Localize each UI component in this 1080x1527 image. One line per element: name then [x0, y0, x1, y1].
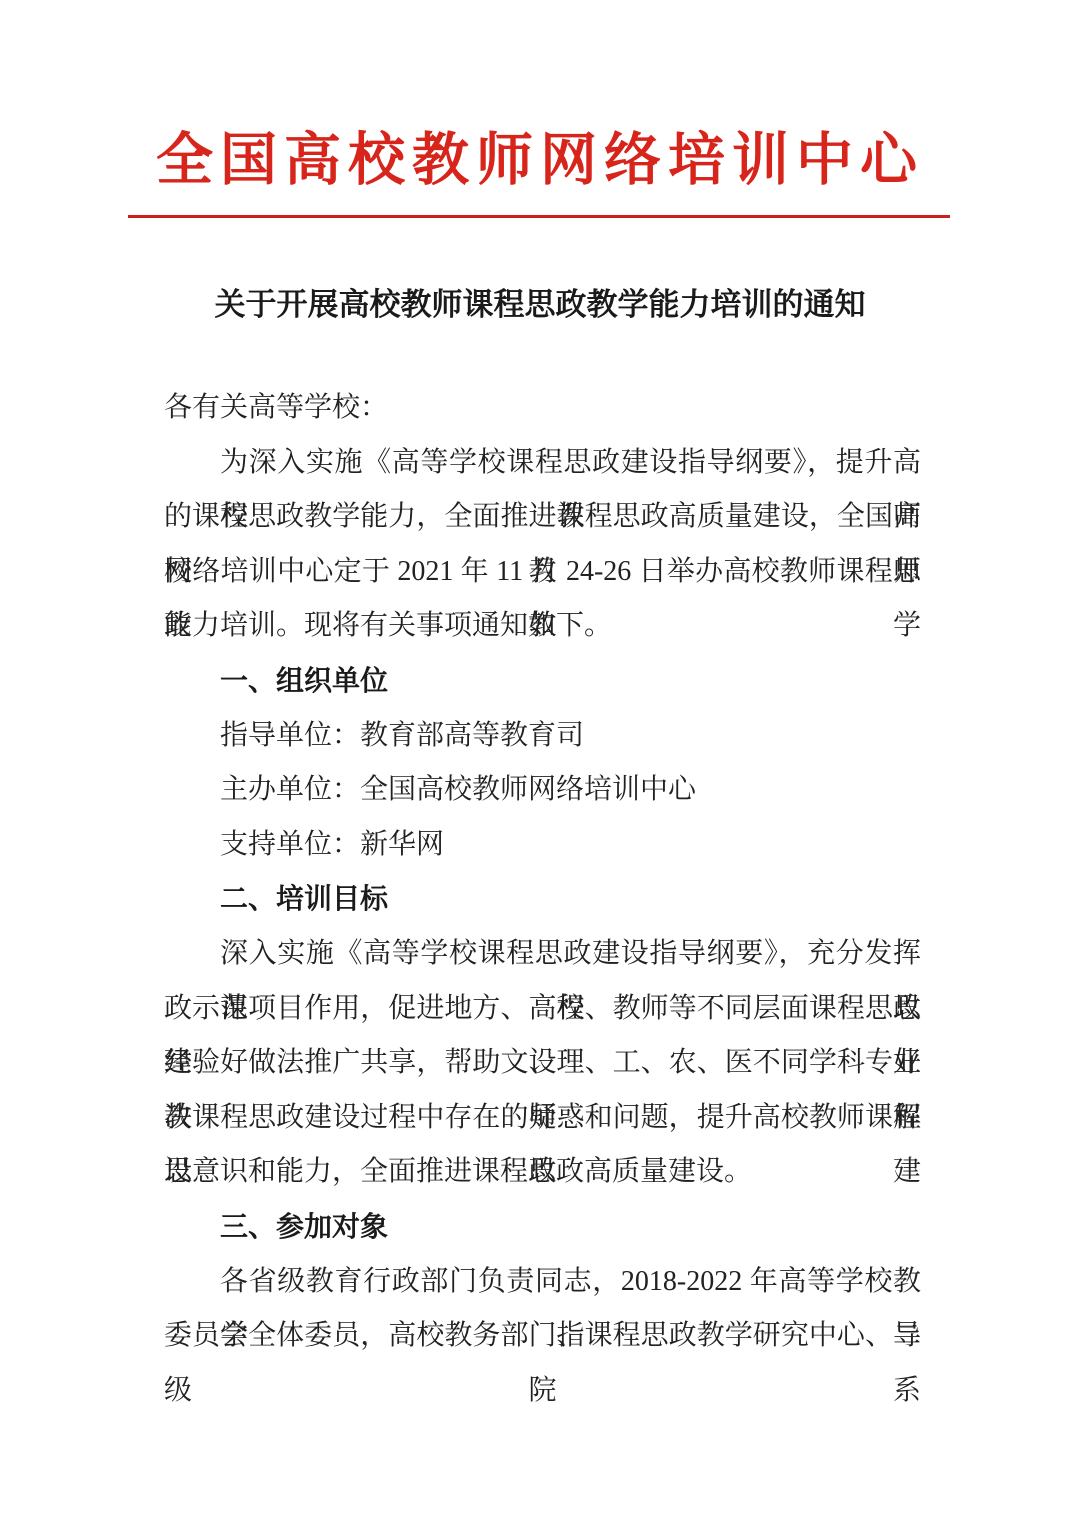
- text-line: 委员会全体委员，高校教务部门、课程思政教学研究中心、二级院系: [164, 1309, 921, 1364]
- letterhead-rule: [128, 215, 950, 218]
- text-line: 为深入实施《高等学校课程思政建设指导纲要》，提升高校教师: [164, 436, 921, 491]
- text-line: 经验好做法推广共享，帮助文、理、工、农、医不同学科专业教师解: [164, 1036, 921, 1091]
- text-line: 支持单位：新华网: [164, 818, 921, 873]
- text-line: 各省级教育行政部门负责同志，2018-2022 年高等学校教学指导: [164, 1255, 921, 1310]
- text-line: 的课程思政教学能力，全面推进课程思政高质量建设，全国高校教师: [164, 490, 921, 545]
- text-line: 各有关高等学校：: [164, 381, 921, 436]
- section-heading: 二、培训目标: [164, 872, 921, 927]
- section-heading: 一、组织单位: [164, 654, 921, 709]
- text-line: 深入实施《高等学校课程思政建设指导纲要》，充分发挥课程思: [164, 927, 921, 982]
- notice-title: 关于开展高校教师课程思政教学能力培训的通知: [90, 283, 990, 327]
- document-body: 各有关高等学校：为深入实施《高等学校课程思政建设指导纲要》，提升高校教师的课程思…: [164, 381, 921, 1364]
- text-line: 网络培训中心定于 2021 年 11 月 24-26 日举办高校教师课程思政教学: [164, 545, 921, 600]
- section-heading: 三、参加对象: [164, 1200, 921, 1255]
- text-line: 指导单位：教育部高等教育司: [164, 709, 921, 764]
- document-page: 全国高校教师网络培训中心 关于开展高校教师课程思政教学能力培训的通知 各有关高等…: [0, 0, 1080, 1527]
- text-line: 政示范项目作用，促进地方、高校、教师等不同层面课程思政建设好: [164, 982, 921, 1037]
- text-line: 决课程思政建设过程中存在的疑惑和问题，提升高校教师课程思政建: [164, 1091, 921, 1146]
- letterhead-org-name: 全国高校教师网络培训中心: [0, 126, 1080, 196]
- text-line: 主办单位：全国高校教师网络培训中心: [164, 763, 921, 818]
